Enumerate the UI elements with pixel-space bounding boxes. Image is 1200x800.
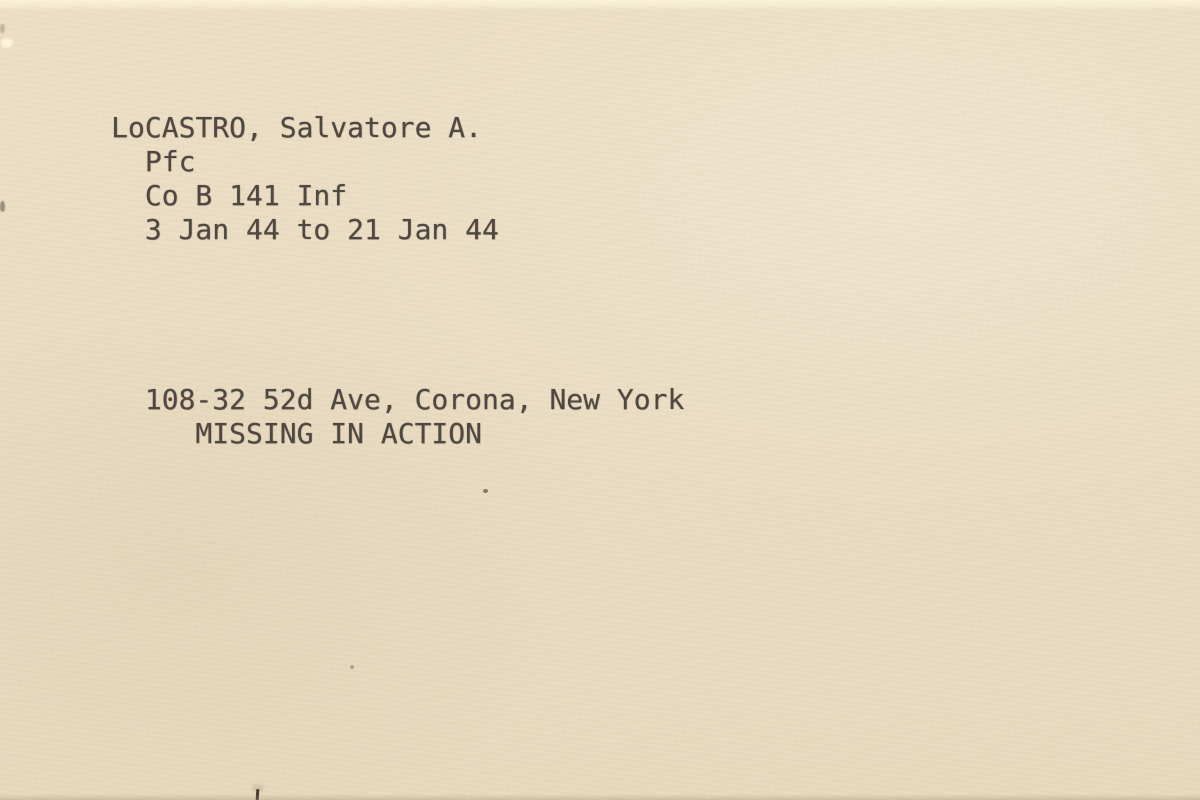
paper-speck-lower (350, 665, 354, 669)
typed-line-1: LoCASTRO, Salvatore A. Pfc Co B 141 Inf … (10, 77, 684, 281)
service-dates: 3 Jan 44 to 21 Jan 44 (145, 213, 499, 246)
soldier-rank: Pfc (145, 145, 196, 178)
bottom-edge-mark-shadow (252, 784, 264, 792)
typed-line-2: 108-32 52d Ave, Corona, New York MISSING… (10, 349, 684, 485)
status-missing-in-action: MISSING IN ACTION (195, 417, 482, 450)
index-card: LoCASTRO, Salvatore A. Pfc Co B 141 Inf … (0, 0, 1200, 800)
soldier-unit: Co B 141 Inf (145, 179, 347, 212)
card-bottom-edge-shade (0, 794, 1200, 800)
home-address: 108-32 52d Ave, Corona, New York (145, 383, 684, 416)
typed-text-block: LoCASTRO, Salvatore A. Pfc Co B 141 Inf … (10, 9, 684, 553)
soldier-name: LoCASTRO, Salvatore A. (111, 111, 482, 144)
paper-speck-left-edge (0, 201, 5, 212)
paper-smudge (0, 24, 5, 33)
